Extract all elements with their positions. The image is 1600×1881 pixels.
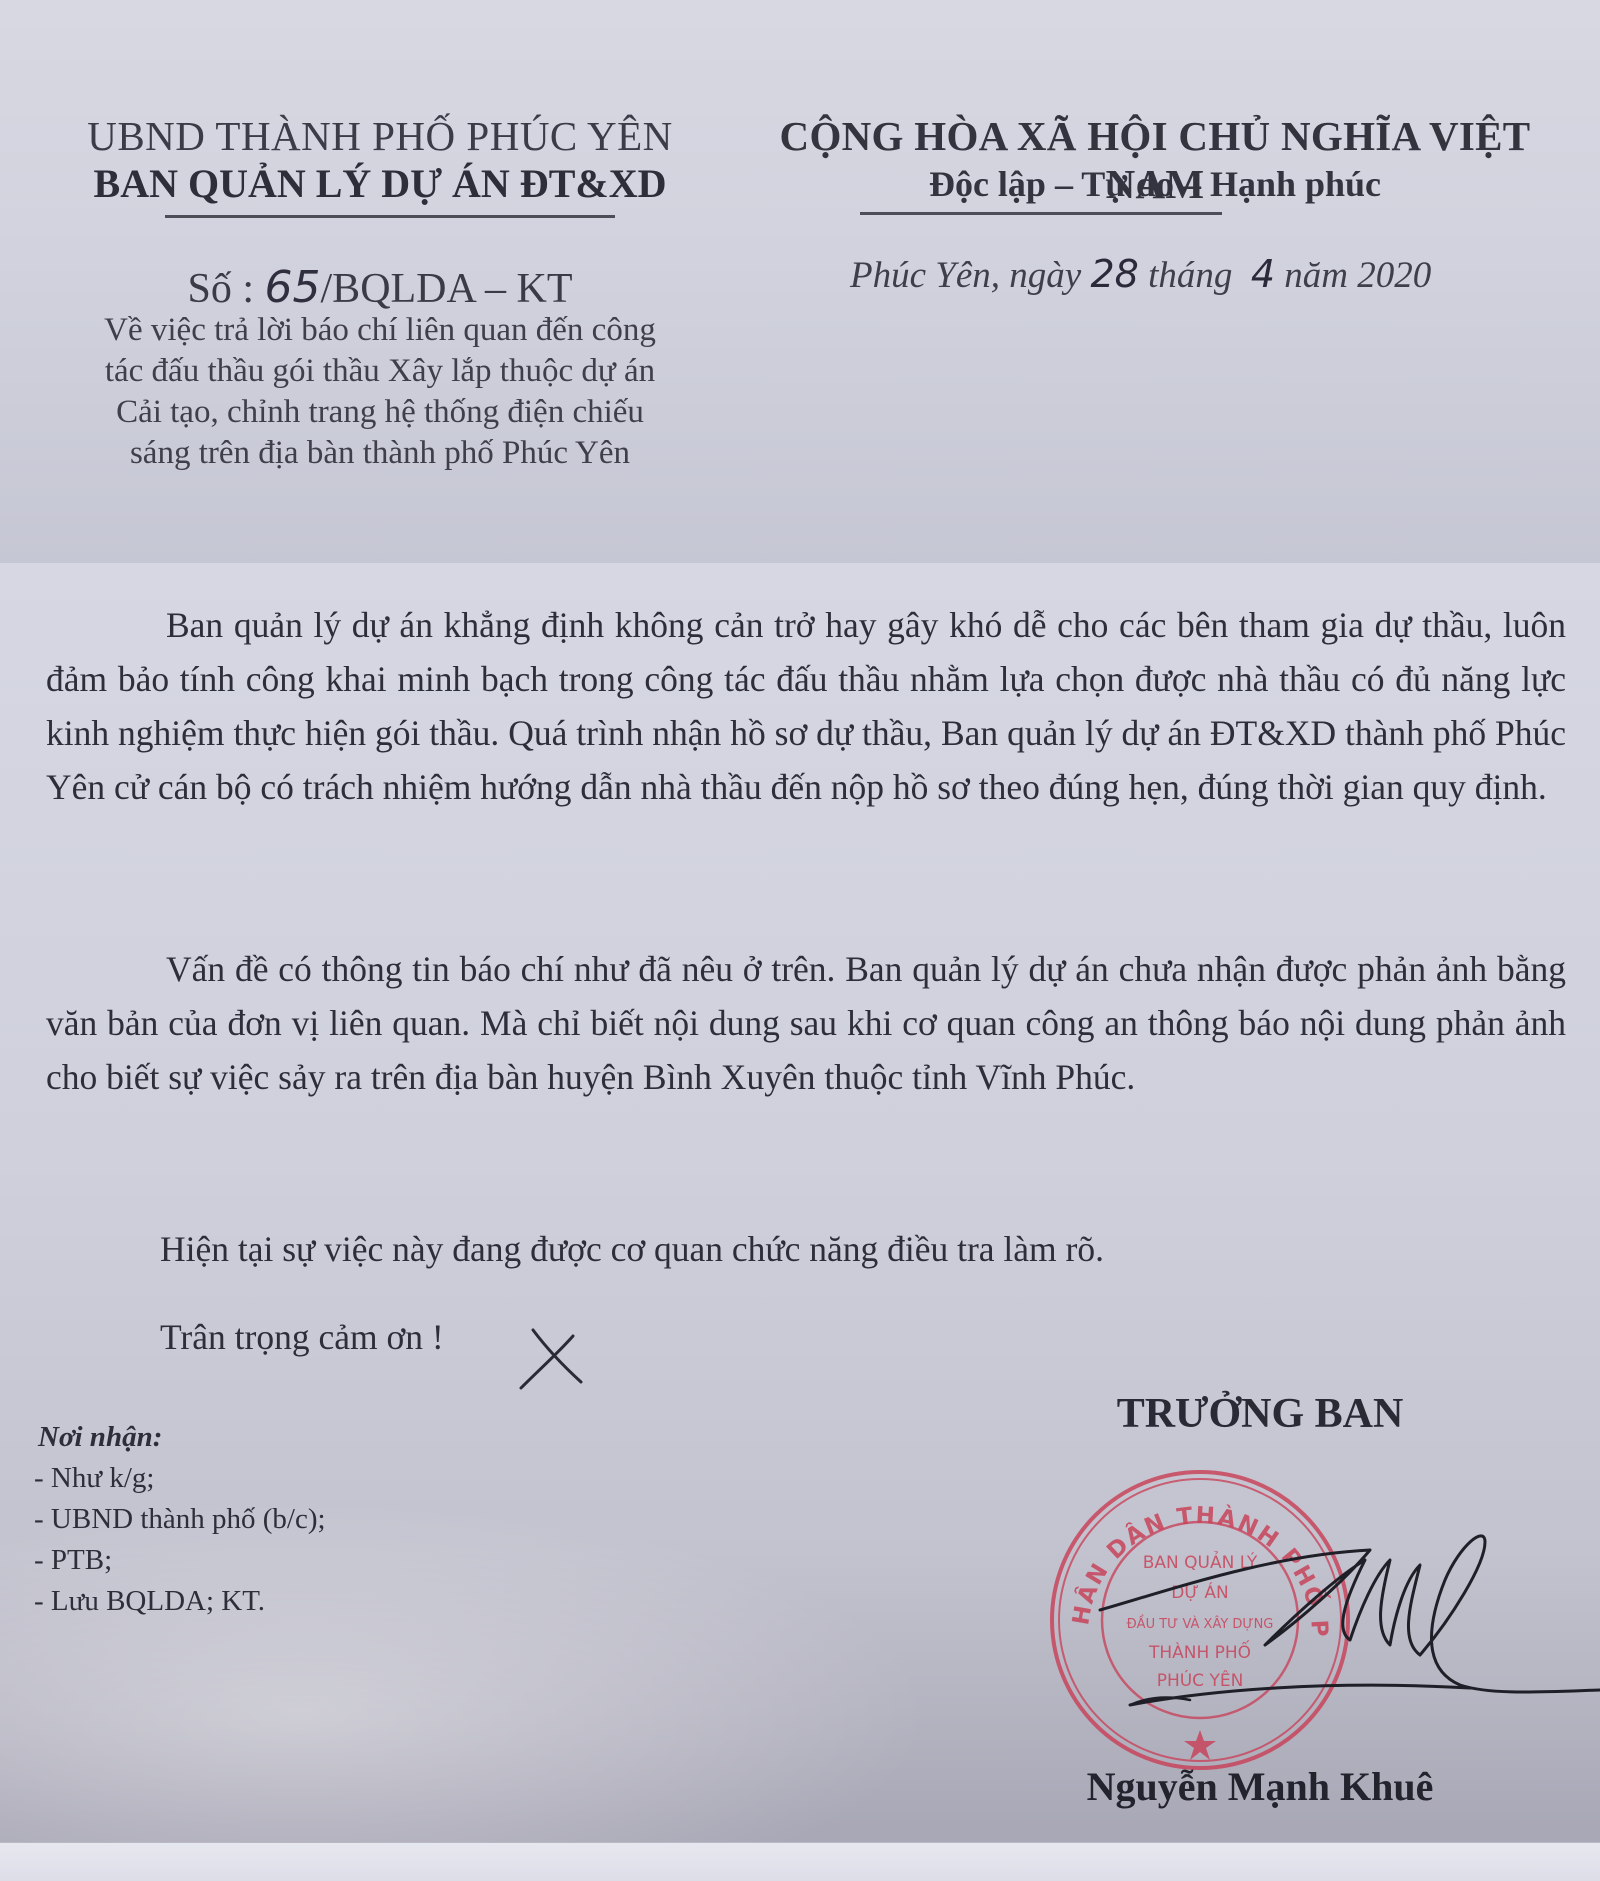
date-year: 2020 bbox=[1357, 255, 1431, 296]
document-date: Phúc Yên, ngày 28 tháng 4 năm 2020 bbox=[850, 252, 1590, 297]
date-year-label: năm bbox=[1284, 255, 1348, 296]
motto-underline bbox=[860, 212, 1222, 215]
body-paragraph-3: Hiện tại sự việc này đang được cơ quan c… bbox=[160, 1222, 1460, 1276]
agency-underline bbox=[165, 215, 615, 218]
next-page-edge bbox=[0, 1842, 1600, 1881]
recipients-list: - Như k/g; - UBND thành phố (b/c); - PTB… bbox=[34, 1458, 326, 1622]
document-number-suffix: /BQLDA – KT bbox=[321, 266, 573, 312]
closing-line: Trân trọng cảm ơn ! bbox=[160, 1310, 760, 1364]
national-motto: Độc lập – Tự do – Hạnh phúc bbox=[735, 163, 1575, 205]
document-number: Số : 65/BQLDA – KT bbox=[60, 262, 700, 313]
signer-name: Nguyễn Mạnh Khuê bbox=[1040, 1763, 1480, 1810]
body-paragraph-2: Vấn đề có thông tin báo chí như đã nêu ở… bbox=[46, 942, 1566, 1104]
date-month-label: tháng bbox=[1148, 255, 1232, 296]
handwritten-x-mark-icon bbox=[515, 1316, 595, 1396]
handwritten-signature-icon bbox=[1090, 1520, 1600, 1720]
issuing-agency: BAN QUẢN LÝ DỰ ÁN ĐT&XD bbox=[60, 160, 700, 207]
recipient-item: - PTB; bbox=[34, 1540, 326, 1581]
document-header-photo: UBND THÀNH PHỐ PHÚC YÊN BAN QUẢN LÝ DỰ Á… bbox=[0, 0, 1600, 563]
recipient-item: - Lưu BQLDA; KT. bbox=[34, 1581, 326, 1622]
date-place: Phúc Yên, ngày bbox=[850, 255, 1081, 296]
issuing-authority: UBND THÀNH PHỐ PHÚC YÊN bbox=[60, 112, 700, 160]
date-month: 4 bbox=[1251, 252, 1275, 296]
document-number-prefix: Số : bbox=[187, 266, 254, 312]
recipient-item: - UBND thành phố (b/c); bbox=[34, 1499, 326, 1540]
document-number-value: 65 bbox=[265, 262, 321, 313]
body-paragraph-1: Ban quản lý dự án khẳng định không cản t… bbox=[46, 598, 1566, 814]
recipients-title: Nơi nhận: bbox=[38, 1421, 162, 1454]
document-subject: Về việc trả lời báo chí liên quan đến cô… bbox=[90, 310, 670, 474]
recipient-item: - Như k/g; bbox=[34, 1458, 326, 1499]
signatory-title: TRƯỞNG BAN bbox=[1080, 1390, 1440, 1438]
date-day: 28 bbox=[1090, 252, 1138, 296]
